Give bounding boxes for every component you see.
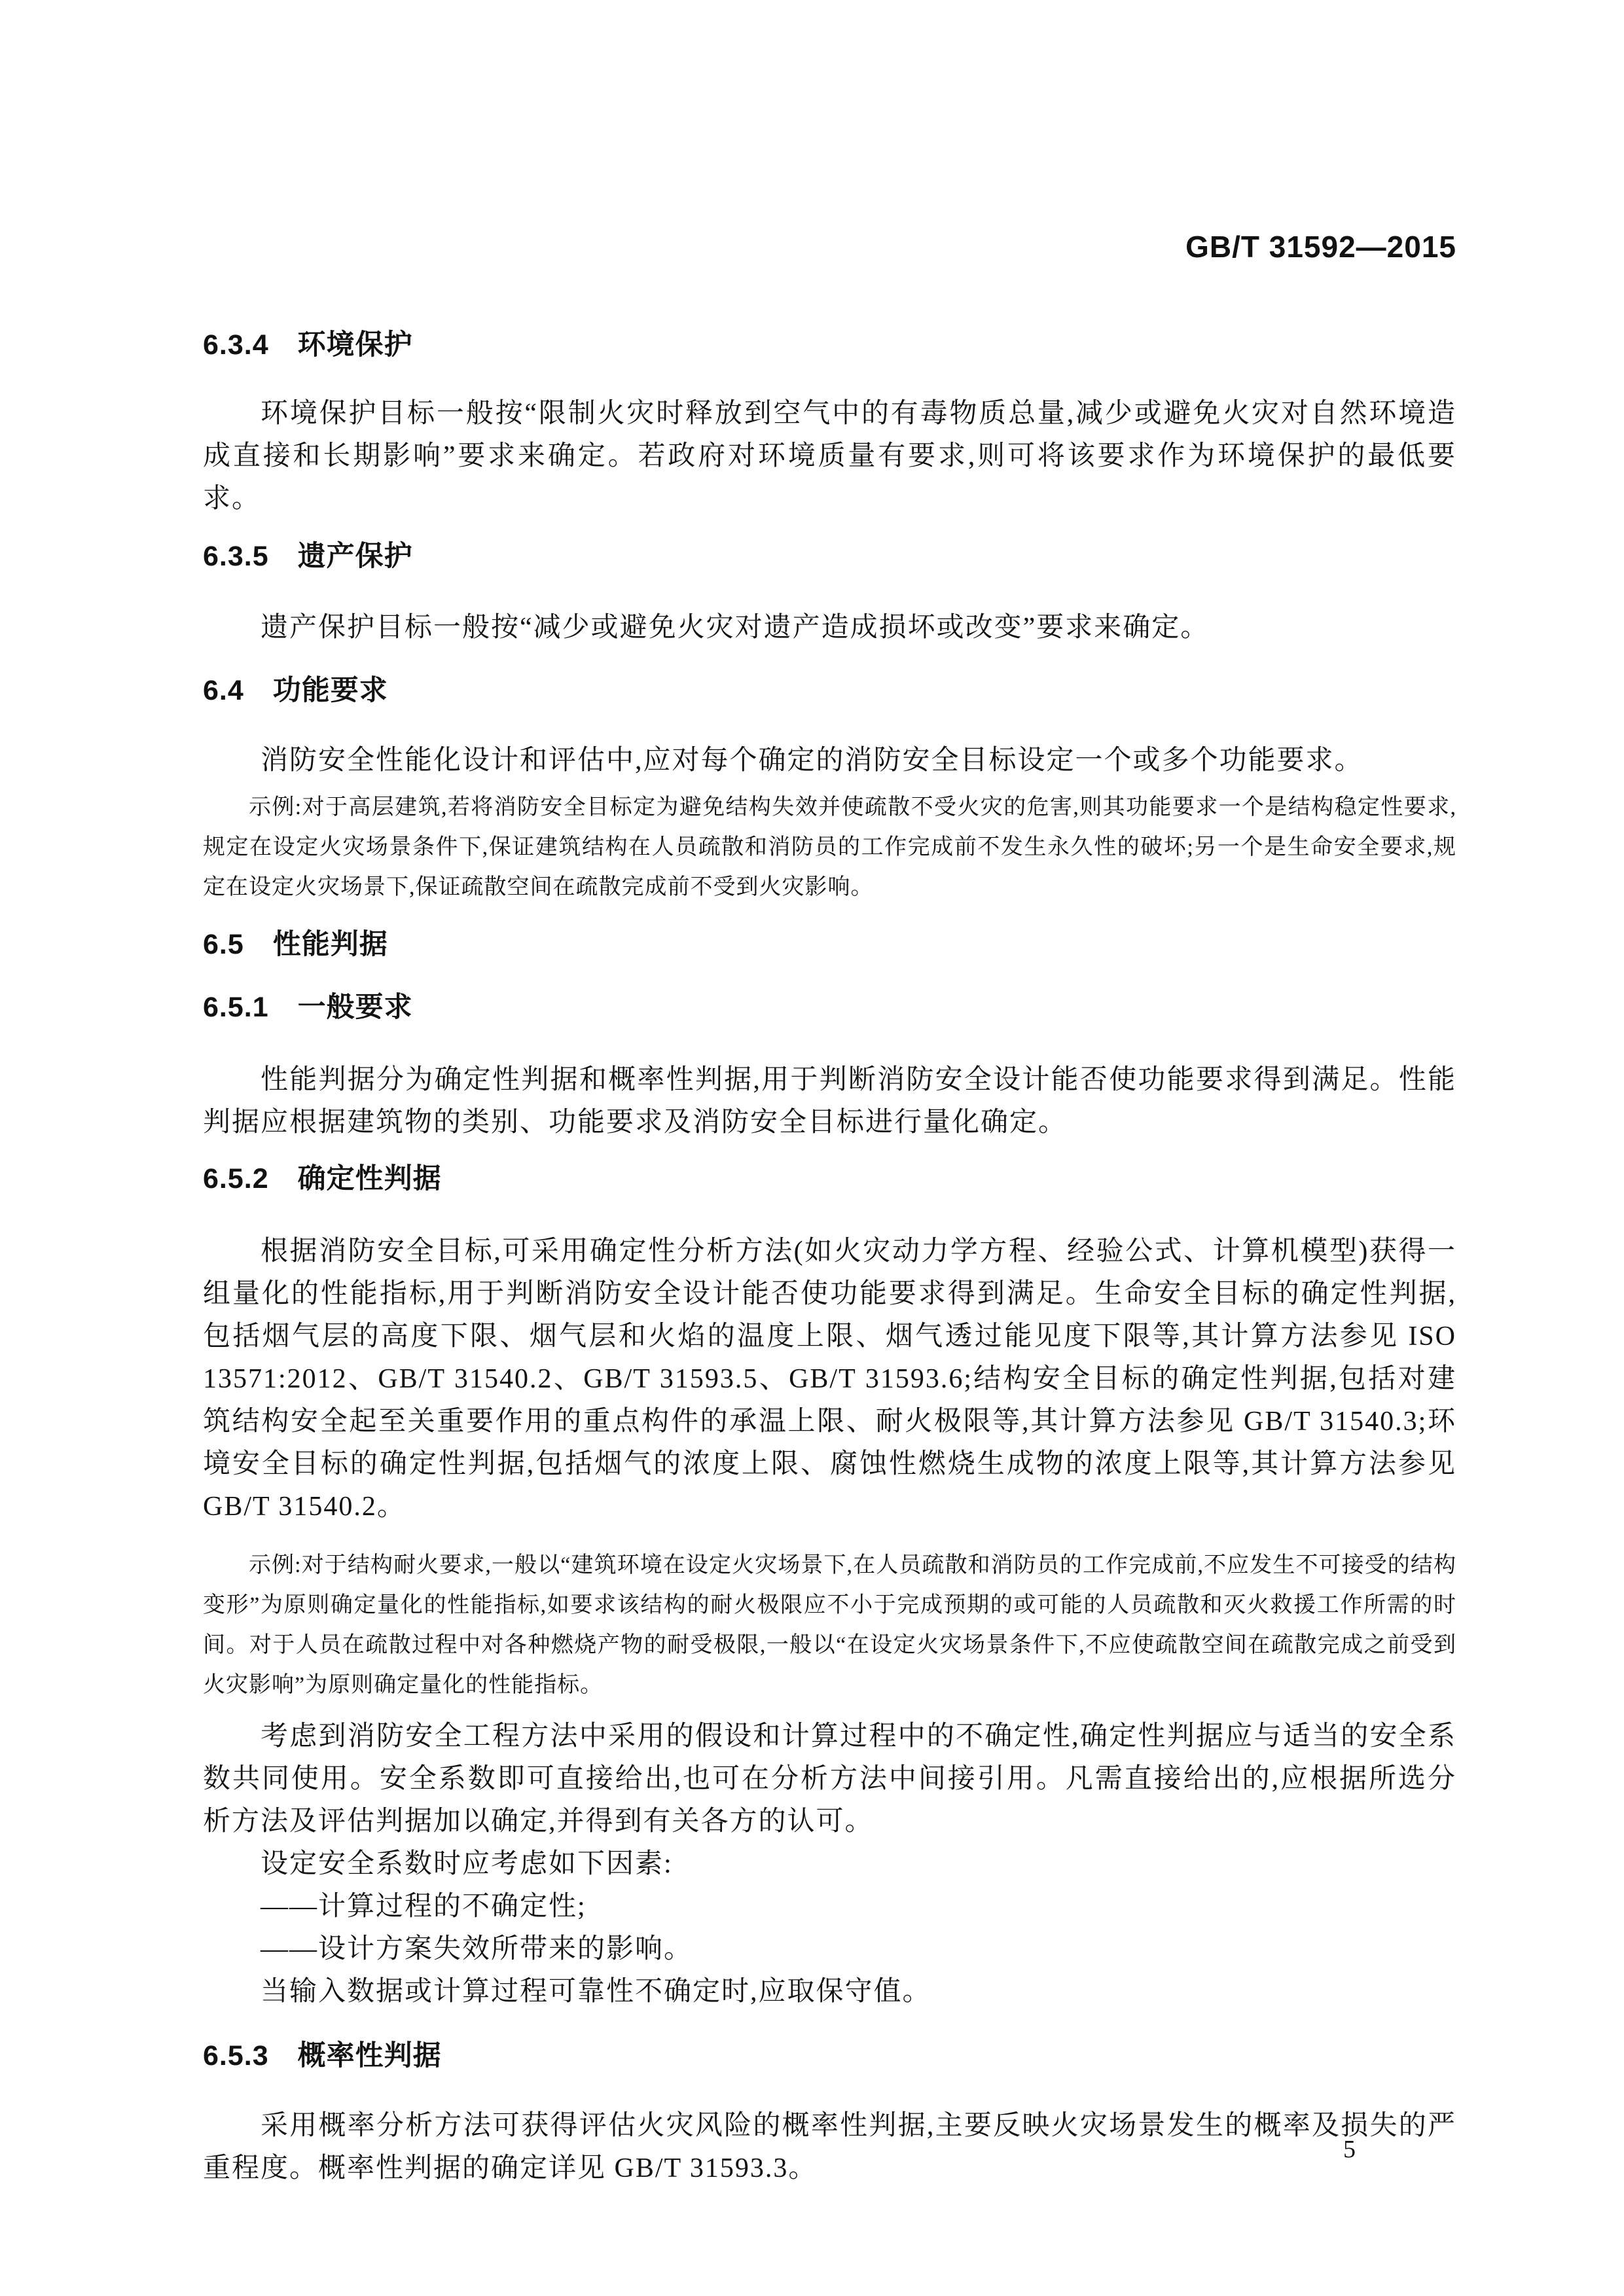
section-number: 6.5 — [203, 929, 244, 960]
section-number: 6.4 — [203, 675, 244, 706]
section-title: 确定性判据 — [298, 1163, 442, 1194]
section-heading-6-5-1: 6.5.1一般要求 — [203, 991, 1456, 1024]
section-heading-6-5-3: 6.5.3概率性判据 — [203, 2039, 1456, 2072]
paragraph-6-4: 消防安全性能化设计和评估中,应对每个确定的消防安全目标设定一个或多个功能要求。 — [203, 740, 1456, 782]
paragraph-6-5-1: 性能判据分为确定性判据和概率性判据,用于判断消防安全设计能否使功能要求得到满足。… — [203, 1059, 1456, 1144]
section-number: 6.3.4 — [203, 329, 269, 361]
section-number: 6.3.5 — [203, 541, 269, 572]
safety-factor-item: ——计算过程的不确定性; — [203, 1886, 1456, 1928]
section-title: 概率性判据 — [298, 2040, 442, 2072]
paragraph-conservative-value: 当输入数据或计算过程可靠性不确定时,应取保守值。 — [203, 1971, 1456, 2013]
section-title: 功能要求 — [273, 675, 388, 706]
section-title: 性能判据 — [273, 929, 388, 960]
section-title: 遗产保护 — [298, 541, 413, 572]
section-title: 环境保护 — [298, 329, 413, 361]
paragraph-6-5-2-safety-factors: 考虑到消防安全工程方法中采用的假设和计算过程中的不确定性,确定性判据应与适当的安… — [203, 1715, 1456, 1843]
paragraph-6-3-5: 遗产保护目标一般按“减少或避免火灾对遗产造成损坏或改变”要求来确定。 — [203, 607, 1456, 649]
doc-number: GB/T 31592—2015 — [203, 230, 1456, 263]
page-number: 5 — [1343, 2135, 1356, 2164]
example-6-5-2: 示例:对于结构耐火要求,一般以“建筑环境在设定火灾场景下,在人员疏散和消防员的工… — [203, 1545, 1456, 1705]
paragraph-6-5-3: 采用概率分析方法可获得评估火灾风险的概率性判据,主要反映火灾场景发生的概率及损失… — [203, 2105, 1456, 2190]
page-content: GB/T 31592—2015 6.3.4环境保护 环境保护目标一般按“限制火灾… — [0, 0, 1624, 2190]
document-page: GB/T 31592—2015 6.3.4环境保护 环境保护目标一般按“限制火灾… — [0, 0, 1624, 2296]
section-number: 6.5.2 — [203, 1163, 269, 1194]
paragraph-6-3-4: 环境保护目标一般按“限制火灾时释放到空气中的有毒物质总量,减少或避免火灾对自然环… — [203, 393, 1456, 520]
safety-factors-intro: 设定安全系数时应考虑如下因素: — [203, 1843, 1456, 1886]
section-title: 一般要求 — [298, 992, 413, 1023]
safety-factor-item: ——设计方案失效所带来的影响。 — [203, 1928, 1456, 1971]
example-6-4: 示例:对于高层建筑,若将消防安全目标定为避免结构失效并使疏散不受火灾的危害,则其… — [203, 787, 1456, 907]
section-number: 6.5.1 — [203, 992, 269, 1023]
section-heading-6-4: 6.4功能要求 — [203, 674, 1456, 707]
section-heading-6-5-2: 6.5.2确定性判据 — [203, 1162, 1456, 1195]
section-heading-6-3-5: 6.3.5遗产保护 — [203, 540, 1456, 573]
section-heading-6-3-4: 6.3.4环境保护 — [203, 329, 1456, 361]
section-number: 6.5.3 — [203, 2040, 269, 2072]
section-heading-6-5: 6.5性能判据 — [203, 928, 1456, 961]
paragraph-6-5-2-main: 根据消防安全目标,可采用确定性分析方法(如火灾动力学方程、经验公式、计算机模型)… — [203, 1230, 1456, 1528]
